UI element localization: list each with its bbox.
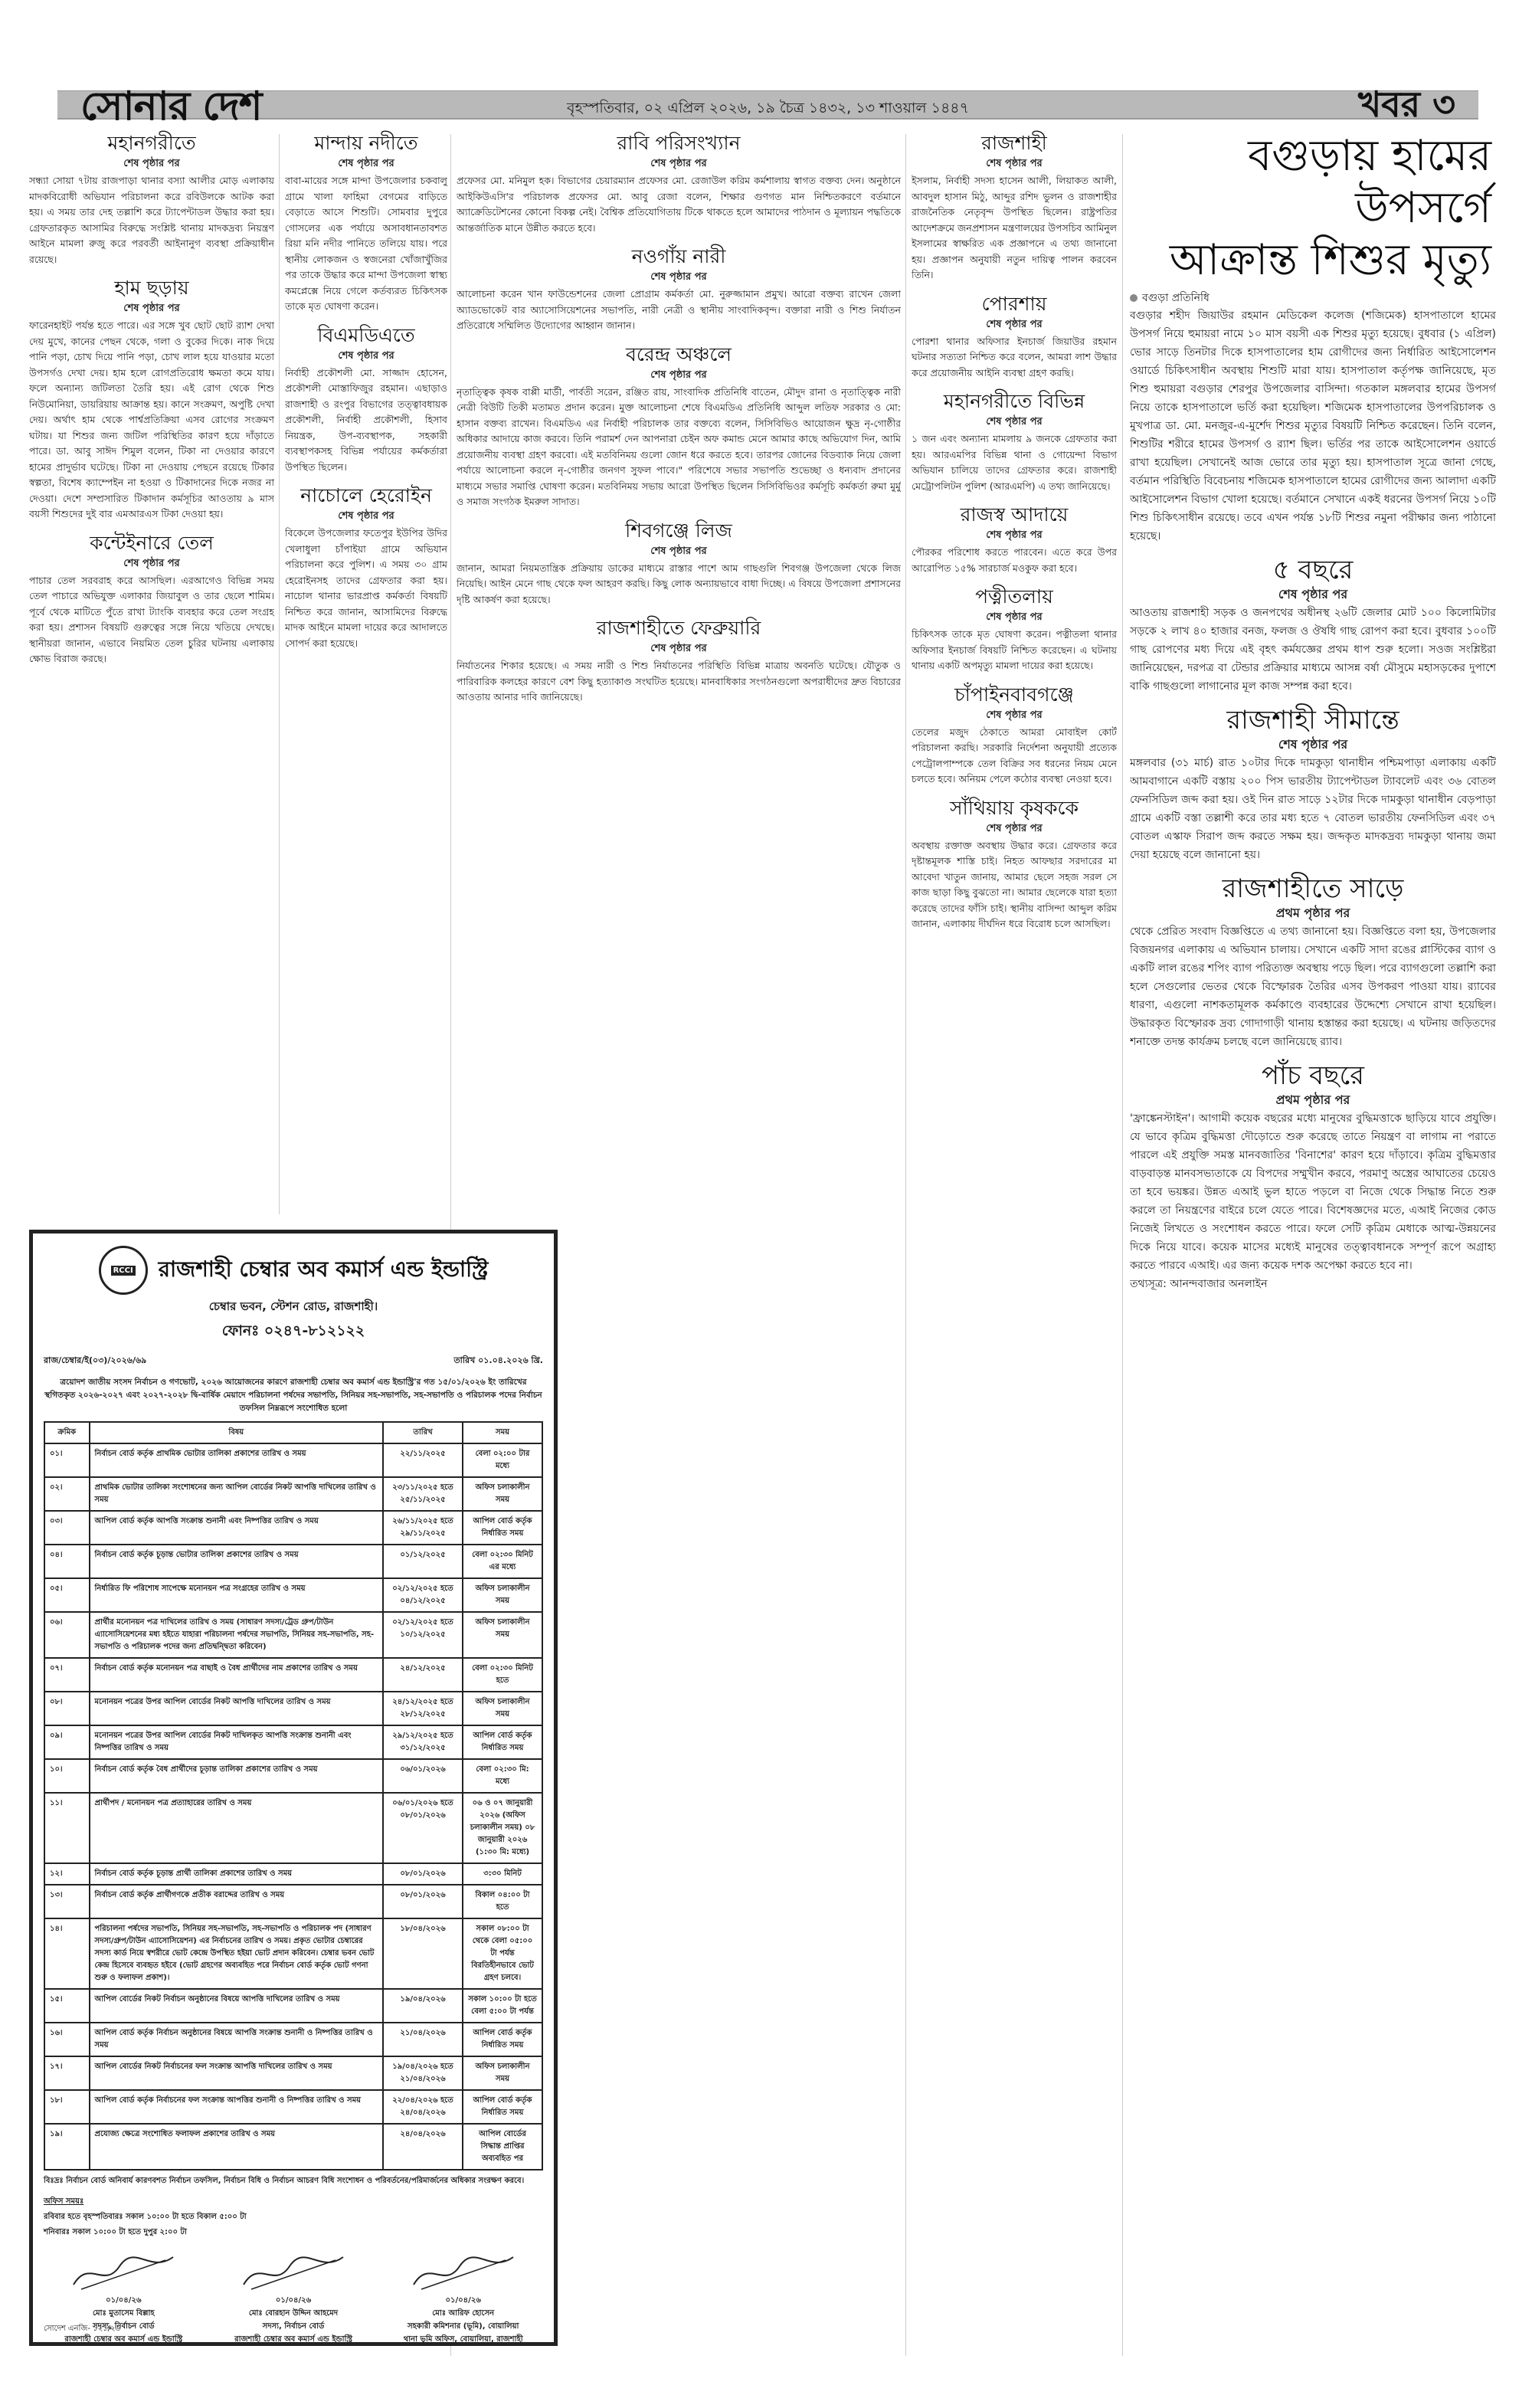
column-4: রাজশাহী শেষ পৃষ্ঠার পর ইসলাম, নির্বাহী স… <box>912 130 1117 2352</box>
signatory-name: মোঃ আরিফ হোসেন <box>383 2307 543 2320</box>
cell-time: আপিল বোর্ড কর্তৃক নির্ধারিত সময় <box>463 2090 542 2124</box>
ref-row: রাজ/চেম্বার/ই(০৩)/২০২৬/৬৯ তারিখ ০১.০৪.২০… <box>44 1354 543 1368</box>
cell-time: বেলা ০২:০০ টার মধ্যে <box>463 1443 542 1477</box>
cell-date: ০৮/০১/২০২৬ <box>383 1863 463 1885</box>
cell-serial: ১১। <box>44 1793 90 1863</box>
cell-time: বেলা ০২:৩০ মি: মধ্যে <box>463 1759 542 1793</box>
lead-headline-line1: বগুড়ায় হামের উপসর্গে <box>1130 130 1496 234</box>
signature-icon <box>214 2251 374 2294</box>
story-patnitala: পত্নীতলায় শেষ পৃষ্ঠার পর চিকিৎসক তাকে ম… <box>912 584 1117 674</box>
story-body: মঙ্গলবার (৩১ মার্চ) রাত ১০টার দিকে দামকু… <box>1130 754 1496 864</box>
signatory-designation: সহকারী কমিশনার (ভূমি), বোয়ালিয়া <box>383 2320 543 2333</box>
continuation-label: শেষ পৃষ্ঠার পর <box>912 317 1117 333</box>
table-row: ১১।প্রার্থীপদ / মনোনয়ন পত্র প্রত্যাহারে… <box>44 1793 542 1863</box>
story-title: পাঁচ বছরে <box>1130 1059 1496 1093</box>
signatory-block: ০১/০৪/২৬মোঃ বোরহান উদ্দিন আহমেদসদস্য, নি… <box>214 2251 374 2346</box>
cell-subject: আপিল বোর্ড কর্তৃক আপত্তি সংক্রান্ত শুনান… <box>90 1511 384 1545</box>
continuation-label: শেষ পৃষ্ঠার পর <box>285 349 447 364</box>
cell-subject: নির্ধারিত ফি পরিশোধ সাপেক্ষে মনোনয়ন পত্… <box>90 1578 384 1612</box>
cell-time: বিকাল ০৪:০০ টা হতে <box>463 1885 542 1918</box>
story-chapainawabganj: চাঁপাইনবাবগঞ্জে শেষ পৃষ্ঠার পর তেলের মজু… <box>912 682 1117 788</box>
story-title: রাজশাহী সীমান্তে <box>1130 703 1496 737</box>
cell-serial: ০৩। <box>44 1511 90 1545</box>
office-hours-weekdays: রবিবার হতে বৃহস্পতিবারঃ সকাল ১০:০০ টা হত… <box>44 2210 543 2225</box>
story-body: পৌরকর পরিশোধ করতে পারবেন। এতে করে উপর আর… <box>912 545 1117 576</box>
column-1: মহানগরীতে শেষ পৃষ্ঠার পর সন্ধ্যা সোয়া ৭… <box>29 130 274 1218</box>
cell-subject: নির্বাচন বোর্ড কর্তৃক চূড়ান্ত প্রার্থী … <box>90 1863 384 1885</box>
cell-date: ২৬/১১/২০২৫ হতে ২৯/১১/২০২৫ <box>383 1511 463 1545</box>
memo-date: তারিখ ০১.০৪.২০২৬ খ্রি. <box>453 1354 543 1368</box>
cell-date: ০৬/০১/২০২৬ <box>383 1759 463 1793</box>
story-rajshahi: রাজশাহী শেষ পৃষ্ঠার পর ইসলাম, নির্বাহী স… <box>912 130 1117 283</box>
story-shibganj-lease: শিবগঞ্জে লিজ শেষ পৃষ্ঠার পর জানান, আমরা … <box>457 518 901 608</box>
ad-header: RCCI রাজশাহী চেম্বার অব কমার্স এন্ড ইন্ড… <box>44 1246 543 1295</box>
signatory-block: ০১/০৪/২৬মোঃ আরিফ হোসেনসহকারী কমিশনার (ভূ… <box>383 2251 543 2346</box>
signature-date: ০১/০৪/২৬ <box>44 2294 204 2307</box>
continuation-label: শেষ পৃষ্ঠার পর <box>29 301 274 316</box>
table-header-row: ক্রমিক বিষয় তারিখ সময় <box>44 1422 542 1443</box>
continuation-label: শেষ পৃষ্ঠার পর <box>912 610 1117 625</box>
story-nachole-heroin: নাচোলে হেরোইন শেষ পৃষ্ঠার পর বিকেলে উপজে… <box>285 483 447 651</box>
cell-serial: ০৫। <box>44 1578 90 1612</box>
col-header-subject: বিষয় <box>90 1422 384 1443</box>
issue-date: বৃহস্পতিবার, ০২ এপ্রিল ২০২৬, ১৯ চৈত্র ১৪… <box>57 97 1478 122</box>
col-header-date: তারিখ <box>383 1422 463 1443</box>
story-body: নির্যাতনের শিকার হয়েছে। এ সময় নারী ও শ… <box>457 658 901 706</box>
col-header-serial: ক্রমিক <box>44 1422 90 1443</box>
cell-subject: মনোনয়ন পত্রের উপর আপিল বোর্ডের নিকট দাখ… <box>90 1725 384 1759</box>
story-title: রাজস্ব আদায়ে <box>912 502 1117 528</box>
cell-time: অফিস চলাকালীন সময় <box>463 2056 542 2090</box>
table-row: ০৯।মনোনয়ন পত্রের উপর আপিল বোর্ডের নিকট … <box>44 1725 542 1759</box>
cell-date: ১৯/০৪/২০২৬ হতে ২১/০৪/২০২৬ <box>383 2056 463 2090</box>
table-row: ১৪।পরিচালনা পর্ষদের সভাপতি, সিনিয়র সহ-স… <box>44 1918 542 1989</box>
story-title: মহানগরীতে বিভিন্ন <box>912 388 1117 414</box>
story-porsha: পোরশায় শেষ পৃষ্ঠার পর পোরশা থানার অফিসা… <box>912 291 1117 382</box>
story-body: নৃতাত্ত্বিক কৃষক বাপ্পী মার্ডী, পার্বতী … <box>457 385 901 510</box>
cell-serial: ০৯। <box>44 1725 90 1759</box>
cell-date: ২৪/১২/২০২৫ <box>383 1658 463 1692</box>
signature-date: ০১/০৪/২৬ <box>383 2294 543 2307</box>
story-title: নওগাঁয় নারী <box>457 244 901 270</box>
cell-time: অফিস চলাকালীন সময় <box>463 1692 542 1725</box>
table-row: ১২।নির্বাচন বোর্ড কর্তৃক চূড়ান্ত প্রার্… <box>44 1863 542 1885</box>
story-5-bochore: ৫ বছরে শেষ পৃষ্ঠার পর আওতায় রাজশাহী সড়… <box>1130 553 1496 696</box>
cell-time: আপিল বোর্ড কর্তৃক নির্ধারিত সময় <box>463 1511 542 1545</box>
story-santhia-krishok: সাঁথিয়ায় কৃষককে শেষ পৃষ্ঠার পর অবস্থায… <box>912 795 1117 932</box>
column-divider <box>905 134 906 2356</box>
signatory-designation: রাজশাহী চেম্বার অব কমার্স এন্ড ইন্ডাস্ট্… <box>214 2333 374 2346</box>
cell-serial: ০১। <box>44 1443 90 1477</box>
story-body: পোরশা থানার অফিসার ইনচার্জ জিয়াউর রহমান… <box>912 334 1117 382</box>
story-title: চাঁপাইনবাবগঞ্জে <box>912 682 1117 708</box>
col-header-time: সময় <box>463 1422 542 1443</box>
cell-subject: প্রার্থীর মনোনয়ন পত্র দাখিলের তারিখ ও স… <box>90 1612 384 1658</box>
column-right: বগুড়ায় হামের উপসর্গে আক্রান্ত শিশুর মৃ… <box>1130 130 1496 2352</box>
cell-date: ০৮/০১/২০২৬ <box>383 1885 463 1918</box>
story-ham-chharay: হাম ছড়ায় শেষ পৃষ্ঠার পর ফারেনহাইট পর্য… <box>29 275 274 523</box>
table-row: ০৩।আপিল বোর্ড কর্তৃক আপত্তি সংক্রান্ত শু… <box>44 1511 542 1545</box>
cell-serial: ১০। <box>44 1759 90 1793</box>
notice-intro: ত্রয়োদশ জাতীয় সংসদ নির্বাচন ও গণভোট, ২… <box>44 1376 543 1415</box>
continuation-label: শেষ পৃষ্ঠার পর <box>457 270 901 285</box>
byline-text: বগুড়া প্রতিনিধি <box>1142 292 1210 304</box>
cell-subject: আপিল বোর্ডের নিকট নির্বাচন অনুষ্ঠানের বি… <box>90 1989 384 2023</box>
continuation-label: শেষ পৃষ্ঠার পর <box>29 156 274 172</box>
notice-note: বিঃদ্রঃ নির্বাচন বোর্ড অনিবার্য কারণবশত … <box>44 2175 543 2188</box>
cell-time: আপিল বোর্ড কর্তৃক নির্ধারিত সময় <box>463 1725 542 1759</box>
cell-serial: ১৩। <box>44 1885 90 1918</box>
org-address: চেম্বার ভবন, স্টেশন রোড, রাজশাহী। <box>44 1298 543 1317</box>
cell-serial: ১৭। <box>44 2056 90 2090</box>
story-mohanagarite-bibhinno: মহানগরীতে বিভিন্ন শেষ পৃষ্ঠার পর ১ জন এব… <box>912 388 1117 494</box>
continuation-label: শেষ পৃষ্ঠার পর <box>285 509 447 524</box>
story-body: বিকেলে উপজেলার ফতেপুর ইউপির উদির খেলাধুল… <box>285 526 447 651</box>
story-title: রাজশাহী <box>912 130 1117 156</box>
table-row: ১৭।আপিল বোর্ডের নিকট নির্বাচনের ফল সংক্র… <box>44 2056 542 2090</box>
continuation-label: শেষ পৃষ্ঠার পর <box>912 821 1117 837</box>
cell-time: বেলা ০২:৩০ মিনিট এর মধ্যে <box>463 1545 542 1578</box>
cell-date: ২২/১১/২০২৫ <box>383 1443 463 1477</box>
story-barendra: বরেন্দ্র অঞ্চলে শেষ পৃষ্ঠার পর নৃতাত্ত্ব… <box>457 342 901 510</box>
cell-serial: ০৮। <box>44 1692 90 1725</box>
table-row: ০৬।প্রার্থীর মনোনয়ন পত্র দাখিলের তারিখ … <box>44 1612 542 1658</box>
story-body: তেলের মজুদ ঠেকাতে আমরা মোবাইল কোর্ট পরিচ… <box>912 725 1117 788</box>
story-title: মান্দায় নদীতে <box>285 130 447 156</box>
continuation-label: শেষ পৃষ্ঠার পর <box>29 556 274 572</box>
story-title: রাজশাহীতে ফেব্রুয়ারি <box>457 615 901 641</box>
memo-ref: রাজ/চেম্বার/ই(০৩)/২০২৬/৬৯ <box>44 1354 146 1368</box>
table-row: ০৫।নির্ধারিত ফি পরিশোধ সাপেক্ষে মনোনয়ন … <box>44 1578 542 1612</box>
story-bmda: বিএমডিএতে শেষ পৃষ্ঠার পর নির্বাহী প্রকৌশ… <box>285 323 447 476</box>
cell-date: ২৪/০৪/২০২৬ <box>383 2124 463 2170</box>
cell-serial: ১৯। <box>44 2124 90 2170</box>
cell-date: ০১/১২/২০২৫ <box>383 1545 463 1578</box>
story-title: নাচোলে হেরোইন <box>285 483 447 509</box>
continuation-label: শেষ পৃষ্ঠার পর <box>1130 737 1496 752</box>
cell-time: সকাল ০৮:০০ টা থেকে বেলা ০৫:০০ টা পর্যন্ত… <box>463 1918 542 1989</box>
cell-date: ১৯/০৪/২০২৬ <box>383 1989 463 2023</box>
continuation-label: শেষ পৃষ্ঠার পর <box>912 156 1117 172</box>
signatory-designation: থানা ভূমি অফিস, বোয়ালিয়া, রাজশাহী <box>383 2333 543 2346</box>
story-body: ফারেনহাইট পর্যন্ত হতে পারে। এর সঙ্গে খুব… <box>29 318 274 523</box>
continuation-label: শেষ পৃষ্ঠার পর <box>457 368 901 383</box>
org-phone: ফোনঃ ০২৪৭-৮১২১২২ <box>44 1320 543 1345</box>
continuation-label: শেষ পৃষ্ঠার পর <box>912 708 1117 723</box>
story-title: হাম ছড়ায় <box>29 275 274 301</box>
continuation-label: শেষ পৃষ্ঠার পর <box>457 156 901 172</box>
cell-serial: ০২। <box>44 1477 90 1511</box>
story-body: নির্বাহী প্রকৌশলী মো. সাজ্জাদ হোসেন, প্র… <box>285 365 447 476</box>
cell-time: বেলা ০২:৩০ মিনিট হতে <box>463 1658 542 1692</box>
election-notice-ad: RCCI রাজশাহী চেম্বার অব কমার্স এন্ড ইন্ড… <box>29 1230 558 2346</box>
continuation-label: প্রথম পৃষ্ঠার পর <box>1130 906 1496 921</box>
table-row: ১৬।আপিল বোর্ড কর্তৃক নির্বাচন অনুষ্ঠানের… <box>44 2023 542 2056</box>
story-panch-bochore: পাঁচ বছরে প্রথম পৃষ্ঠার পর 'ফ্রাঙ্কেনস্ট… <box>1130 1059 1496 1293</box>
cell-date: ০৬/০১/২০২৬ হতে ০৮/০১/২০২৬ <box>383 1793 463 1863</box>
story-body: অবস্থায় রক্তাক্ত অবস্থায় উদ্ধার করে। গ… <box>912 838 1117 932</box>
story-container-tel: কন্টেইনারে তেল শেষ পৃষ্ঠার পর পাচার তেল … <box>29 530 274 667</box>
cell-subject: প্রযোজ্য ক্ষেত্রে সংশোধিত ফলাফল প্রকাশের… <box>90 2124 384 2170</box>
cell-time: সকাল ১০:০০ টা হতে বেলা ৫:০০ টা পর্যন্ত <box>463 1989 542 2023</box>
table-row: ০১।নির্বাচন বোর্ড কর্তৃক প্রাথমিক ভোটার … <box>44 1443 542 1477</box>
cell-subject: প্রার্থীপদ / মনোনয়ন পত্র প্রত্যাহারের ত… <box>90 1793 384 1863</box>
office-hours: অফিস সময়ঃ রবিবার হতে বৃহস্পতিবারঃ সকাল … <box>44 2194 543 2240</box>
story-body: জানান, আমরা নিয়মতান্ত্রিক প্রক্রিয়ায় … <box>457 561 901 608</box>
signatory-name: মোঃ বোরহান উদ্দিন আহমেদ <box>214 2307 374 2320</box>
cell-date: ২২/০৪/২০২৬ হতে ২৪/০৪/২০২৬ <box>383 2090 463 2124</box>
story-title: শিবগঞ্জে লিজ <box>457 518 901 544</box>
cell-subject: নির্বাচন বোর্ড কর্তৃক চূড়ান্ত ভোটার তাল… <box>90 1545 384 1578</box>
story-body: পাচার তেল সরবরাহ করে আসছিল। এরআগেও বিভিন… <box>29 573 274 667</box>
lead-story-body: বগুড়ার শহীদ জিয়াউর রহমান মেডিকেল কলেজ … <box>1130 306 1496 545</box>
story-title: বরেন্দ্র অঞ্চলে <box>457 342 901 368</box>
story-manda-nodi: মান্দায় নদীতে শেষ পৃষ্ঠার পর বাবা-মায়ে… <box>285 130 447 315</box>
continuation-label: শেষ পৃষ্ঠার পর <box>1130 587 1496 602</box>
cell-date: ২৪/১২/২০২৫ হতে ২৮/১২/২০২৫ <box>383 1692 463 1725</box>
story-body: আলোচনা করেন খান ফাউন্ডেশনের জেলা প্রোগ্র… <box>457 287 901 334</box>
cell-serial: ১৫। <box>44 1989 90 2023</box>
signatory-designation: সদস্য, নির্বাচন বোর্ড <box>214 2320 374 2333</box>
cell-subject: নির্বাচন বোর্ড কর্তৃক বৈধ প্রার্থীদের চূ… <box>90 1759 384 1793</box>
story-title: রাজশাহীতে সাড়ে <box>1130 872 1496 906</box>
table-row: ১০।নির্বাচন বোর্ড কর্তৃক বৈধ প্রার্থীদের… <box>44 1759 542 1793</box>
cell-serial: ০৪। <box>44 1545 90 1578</box>
cell-subject: নির্বাচন বোর্ড কর্তৃক প্রার্থীগণকে প্রতী… <box>90 1885 384 1918</box>
story-title: বিএমডিএতে <box>285 323 447 349</box>
cell-time: আপিল বোর্ড কর্তৃক নির্ধারিত সময় <box>463 2023 542 2056</box>
signature-icon <box>383 2251 543 2294</box>
story-title: রাবি পরিসংখ্যান <box>457 130 901 156</box>
signatory-name: মোঃ মুতাসেম বিল্লাহ <box>44 2307 204 2320</box>
election-schedule-table: ক্রমিক বিষয় তারিখ সময় ০১।নির্বাচন বোর্… <box>44 1421 543 2170</box>
cell-date: ২৯/১২/২০২৫ হতে ৩১/১২/২০২৫ <box>383 1725 463 1759</box>
signature-icon <box>44 2251 204 2294</box>
cell-date: ২৩/১১/২০২৫ হতে ২৫/১১/২০২৫ <box>383 1477 463 1511</box>
continuation-label: শেষ পৃষ্ঠার পর <box>285 156 447 172</box>
cell-time: ০৬ ও ০৭ জানুয়ারী ২০২৬ (অফিস চলাকালীন সম… <box>463 1793 542 1863</box>
table-row: ০৮।মনোনয়ন পত্রের উপর আপিল বোর্ডের নিকট … <box>44 1692 542 1725</box>
column-2: মান্দায় নদীতে শেষ পৃষ্ঠার পর বাবা-মায়ে… <box>285 130 447 1218</box>
cell-time: ৩:৩০ মিনিট <box>463 1863 542 1885</box>
story-rajshahi-simante: রাজশাহী সীমান্তে শেষ পৃষ্ঠার পর মঙ্গলবার… <box>1130 703 1496 864</box>
story-source: তথ্যসূত্র: আনন্দবাজার অনলাইন <box>1130 1275 1496 1293</box>
ad-code: সোদেশ এনজি- ১২১/২৬ <box>44 2323 120 2336</box>
cell-date: ১৮/০৪/২০২৬ <box>383 1918 463 1989</box>
cell-subject: নির্বাচন বোর্ড কর্তৃক মনোনয়ন পত্র বাছাই… <box>90 1658 384 1692</box>
continuation-label: শেষ পৃষ্ঠার পর <box>457 641 901 657</box>
cell-serial: ১৮। <box>44 2090 90 2124</box>
story-rajshahi-february: রাজশাহীতে ফেব্রুয়ারি শেষ পৃষ্ঠার পর নির… <box>457 615 901 706</box>
story-title: কন্টেইনারে তেল <box>29 530 274 556</box>
bullet-icon <box>1130 294 1138 302</box>
story-rajosho-aday: রাজস্ব আদায়ে শেষ পৃষ্ঠার পর পৌরকর পরিশো… <box>912 502 1117 576</box>
cell-subject: আপিল বোর্ড কর্তৃক নির্বাচনের ফল সংক্রান্… <box>90 2090 384 2124</box>
cell-subject: আপিল বোর্ডের নিকট নির্বাচনের ফল সংক্রান্… <box>90 2056 384 2090</box>
table-row: ১৫।আপিল বোর্ডের নিকট নির্বাচন অনুষ্ঠানের… <box>44 1989 542 2023</box>
continuation-label: শেষ পৃষ্ঠার পর <box>912 414 1117 430</box>
signature-date: ০১/০৪/২৬ <box>214 2294 374 2307</box>
story-title: সাঁথিয়ায় কৃষককে <box>912 795 1117 821</box>
story-mohanagarite: মহানগরীতে শেষ পৃষ্ঠার পর সন্ধ্যা সোয়া ৭… <box>29 130 274 267</box>
cell-date: ০২/১২/২০২৫ হতে ১০/১২/২০২৫ <box>383 1612 463 1658</box>
cell-subject: মনোনয়ন পত্রের উপর আপিল বোর্ডের নিকট আপত… <box>90 1692 384 1725</box>
table-row: ১৩।নির্বাচন বোর্ড কর্তৃক প্রার্থীগণকে প্… <box>44 1885 542 1918</box>
story-title: মহানগরীতে <box>29 130 274 156</box>
org-name: রাজশাহী চেম্বার অব কমার্স এন্ড ইন্ডাস্ট্… <box>159 1253 489 1289</box>
story-title: পত্নীতলায় <box>912 584 1117 610</box>
story-title: পোরশায় <box>912 291 1117 317</box>
cell-serial: ০৬। <box>44 1612 90 1658</box>
story-body: আওতায় রাজশাহী সড়ক ও জনপথের অধীনস্থ ২৬ট… <box>1130 604 1496 696</box>
page-section-label: খবর ৩ <box>1358 78 1455 136</box>
cell-date: ০২/১২/২০২৫ হতে ০৪/১২/২০২৫ <box>383 1578 463 1612</box>
continuation-label: প্রথম পৃষ্ঠার পর <box>1130 1093 1496 1108</box>
cell-time: আপিল বোর্ডের সিদ্ধান্ত প্রাপ্তির অব্যবহি… <box>463 2124 542 2170</box>
byline: বগুড়া প্রতিনিধি <box>1130 290 1496 306</box>
office-hours-label: অফিস সময়ঃ <box>44 2194 543 2210</box>
story-rajshahite-sare: রাজশাহীতে সাড়ে প্রথম পৃষ্ঠার পর থেকে প্… <box>1130 872 1496 1051</box>
cell-time: অফিস চলাকালীন সময় <box>463 1578 542 1612</box>
table-row: ০৪।নির্বাচন বোর্ড কর্তৃক চূড়ান্ত ভোটার … <box>44 1545 542 1578</box>
cell-time: অফিস চলাকালীন সময় <box>463 1612 542 1658</box>
cell-subject: প্রাথমিক ভোটার তালিকা সংশোধনের জন্য আপিল… <box>90 1477 384 1511</box>
cell-serial: ১২। <box>44 1863 90 1885</box>
story-body: বাবা-মায়ের সঙ্গে মান্দা উপজেলার চকবালু … <box>285 173 447 315</box>
story-title: ৫ বছরে <box>1130 553 1496 587</box>
lead-story: বগুড়ায় হামের উপসর্গে আক্রান্ত শিশুর মৃ… <box>1130 130 1496 545</box>
story-body: 'ফ্রাঙ্কেনস্টাইন'। আগামী কয়েক বছরের মধ্… <box>1130 1109 1496 1275</box>
cell-subject: আপিল বোর্ড কর্তৃক নির্বাচন অনুষ্ঠানের বি… <box>90 2023 384 2056</box>
table-row: ১৯।প্রযোজ্য ক্ষেত্রে সংশোধিত ফলাফল প্রকা… <box>44 2124 542 2170</box>
column-divider <box>279 134 280 1214</box>
story-body: ইসলাম, নির্বাহী সদস্য হাসেন আলী, লিয়াকত… <box>912 173 1117 283</box>
masthead: সোনার দেশ বৃহস্পতিবার, ০২ এপ্রিল ২০২৬, ১… <box>57 83 1478 123</box>
column-divider <box>1122 134 1123 2356</box>
cell-serial: ১৪। <box>44 1918 90 1989</box>
story-body: ১ জন এবং অন্যান্য মামলায় ৯ জনকে গ্রেফতা… <box>912 431 1117 494</box>
table-row: ০৭।নির্বাচন বোর্ড কর্তৃক মনোনয়ন পত্র বা… <box>44 1658 542 1692</box>
cell-subject: পরিচালনা পর্ষদের সভাপতি, সিনিয়র সহ-সভাপ… <box>90 1918 384 1989</box>
story-rabi-statistics: রাবি পরিসংখ্যান শেষ পৃষ্ঠার পর প্রফেসর ম… <box>457 130 901 236</box>
story-body: সন্ধ্যা সোয়া ৭টায় রাজপাড়া থানার বস্যা… <box>29 173 274 267</box>
cell-time: অফিস চলাকালীন সময় <box>463 1477 542 1511</box>
continuation-label: শেষ পৃষ্ঠার পর <box>912 528 1117 543</box>
cell-subject: নির্বাচন বোর্ড কর্তৃক প্রাথমিক ভোটার তাল… <box>90 1443 384 1477</box>
story-body: থেকে প্রেরিত সংবাদ বিজ্ঞপ্তিতে এ তথ্য জা… <box>1130 922 1496 1051</box>
story-body: চিকিৎসক তাকে মৃত ঘোষণা করেন। পত্নীতলা থা… <box>912 627 1117 674</box>
cell-serial: ১৬। <box>44 2023 90 2056</box>
office-hours-saturday: শনিবারঃ সকাল ১০:০০ টা হতে দুপুর ২:০০ টা <box>44 2225 543 2240</box>
lead-headline-line2: আক্রান্ত শিশুর মৃত্যু <box>1130 234 1496 287</box>
story-naogaon-nari: নওগাঁয় নারী শেষ পৃষ্ঠার পর আলোচনা করেন … <box>457 244 901 334</box>
story-body: প্রফেসর মো. মনিমুল হক। বিভাগের চেয়ারম্য… <box>457 173 901 236</box>
cell-date: ২১/০৪/২০২৬ <box>383 2023 463 2056</box>
continuation-label: শেষ পৃষ্ঠার পর <box>457 544 901 559</box>
table-row: ১৮।আপিল বোর্ড কর্তৃক নির্বাচনের ফল সংক্র… <box>44 2090 542 2124</box>
table-row: ০২।প্রাথমিক ভোটার তালিকা সংশোধনের জন্য আ… <box>44 1477 542 1511</box>
cell-serial: ০৭। <box>44 1658 90 1692</box>
logo-text: RCCI <box>111 1266 136 1276</box>
chamber-logo-icon: RCCI <box>99 1246 148 1295</box>
